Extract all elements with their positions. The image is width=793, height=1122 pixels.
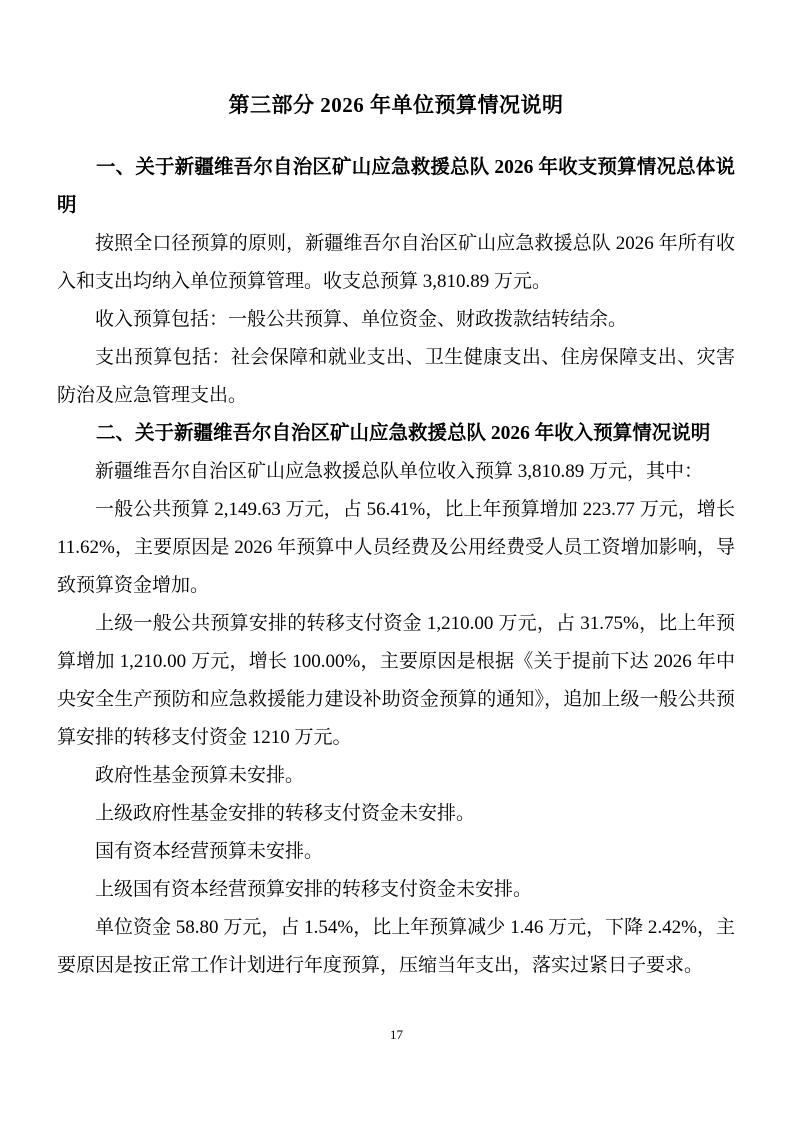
page-number: 17 — [0, 1026, 793, 1044]
paragraph: 新疆维吾尔自治区矿山应急救援总队单位收入预算 3,810.89 万元，其中： — [57, 453, 735, 491]
section-overall-explanation: 一、关于新疆维吾尔自治区矿山应急救援总队 2026 年收支预算情况总体说明 按照… — [57, 149, 735, 415]
paragraph: 一般公共预算 2,149.63 万元，占 56.41%，比上年预算增加 223.… — [57, 491, 735, 605]
document-page: 第三部分 2026 年单位预算情况说明 一、关于新疆维吾尔自治区矿山应急救援总队… — [0, 0, 793, 1122]
section-2-heading: 二、关于新疆维吾尔自治区矿山应急救援总队 2026 年收入预算情况说明 — [57, 415, 735, 453]
paragraph: 支出预算包括：社会保障和就业支出、卫生健康支出、住房保障支出、灾害防治及应急管理… — [57, 339, 735, 415]
section-income-budget-explanation: 二、关于新疆维吾尔自治区矿山应急救援总队 2026 年收入预算情况说明 新疆维吾… — [57, 415, 735, 985]
paragraph: 上级国有资本经营预算安排的转移支付资金未安排。 — [57, 871, 735, 909]
section-1-heading: 一、关于新疆维吾尔自治区矿山应急救援总队 2026 年收支预算情况总体说明 — [57, 149, 735, 225]
paragraph: 国有资本经营预算未安排。 — [57, 833, 735, 871]
paragraph: 上级一般公共预算安排的转移支付资金 1,210.00 万元，占 31.75%，比… — [57, 605, 735, 757]
paragraph: 收入预算包括：一般公共预算、单位资金、财政拨款结转结余。 — [57, 301, 735, 339]
page-title: 第三部分 2026 年单位预算情况说明 — [57, 89, 735, 121]
paragraph: 按照全口径预算的原则，新疆维吾尔自治区矿山应急救援总队 2026 年所有收入和支… — [57, 225, 735, 301]
paragraph: 上级政府性基金安排的转移支付资金未安排。 — [57, 795, 735, 833]
paragraph: 政府性基金预算未安排。 — [57, 757, 735, 795]
paragraph: 单位资金 58.80 万元，占 1.54%，比上年预算减少 1.46 万元，下降… — [57, 909, 735, 985]
